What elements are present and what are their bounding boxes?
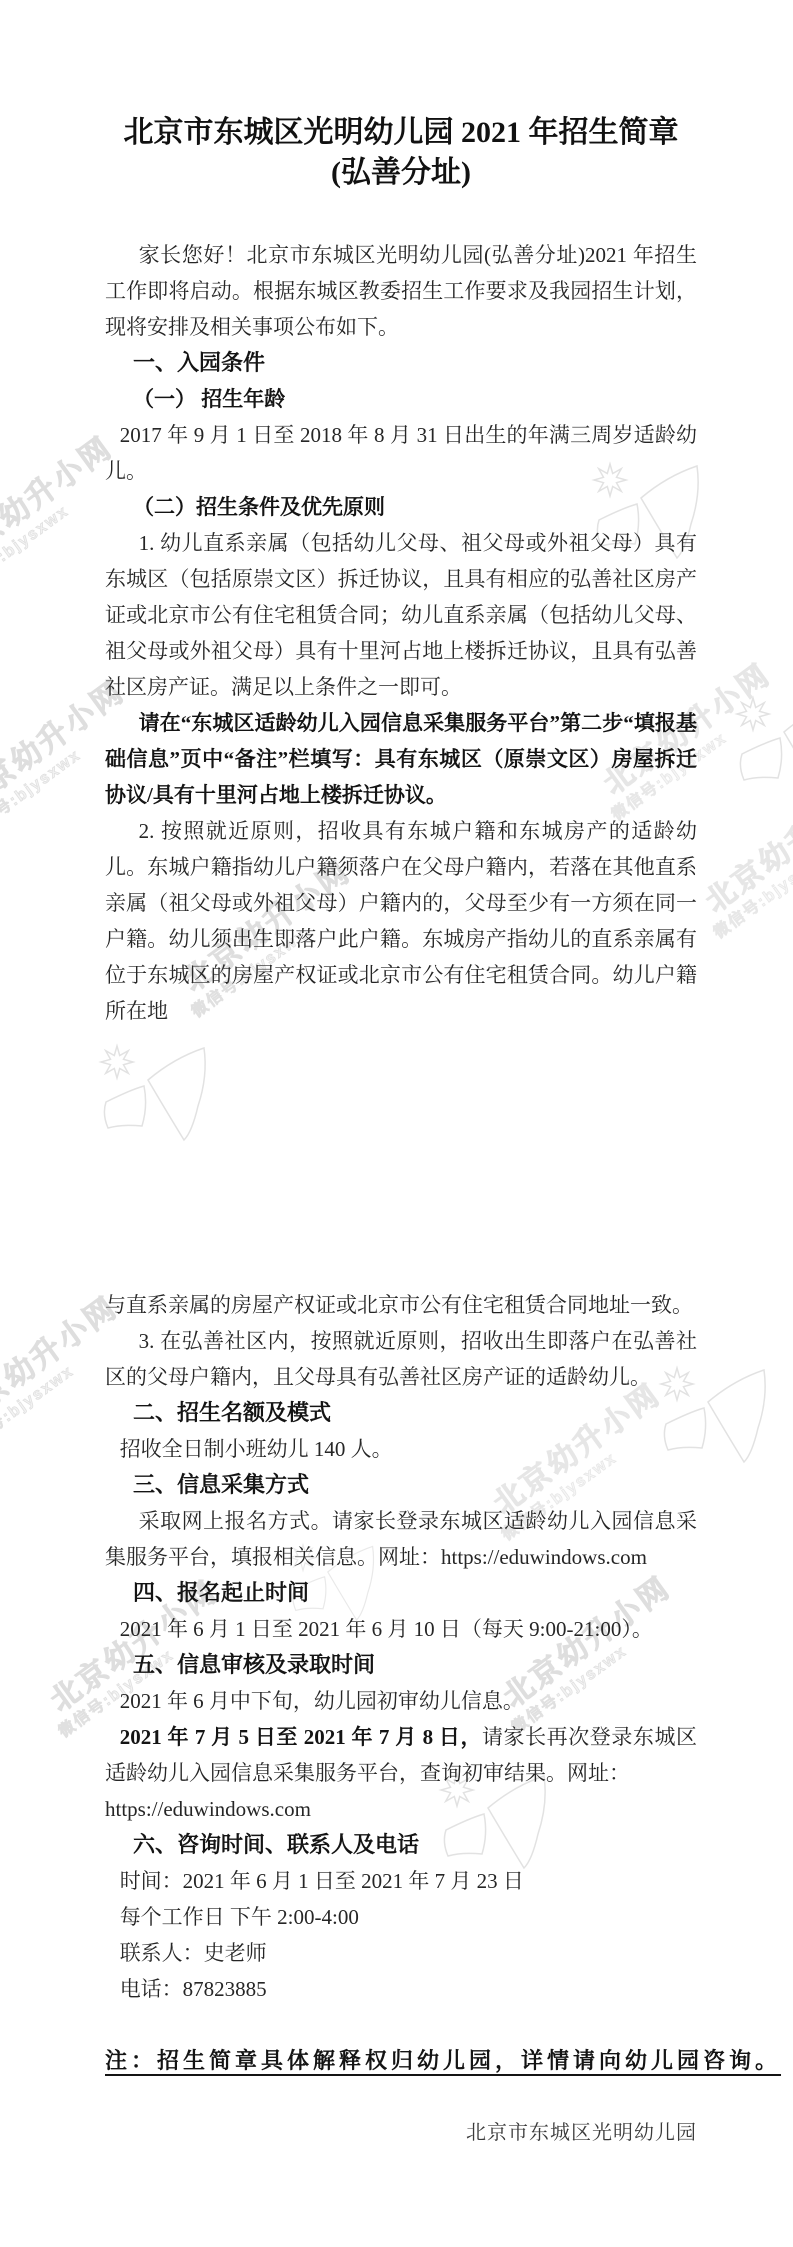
signature-line: 北京市东城区光明幼儿园 [105,2115,697,2151]
paragraph-review-1: 2021 年 6 月中下旬，幼儿园初审幼儿信息。 [105,1683,697,1719]
section-heading-5: 五、信息审核及录取时间 [105,1647,697,1683]
section-heading-1: 一、入园条件 [105,345,697,381]
page-break-spacer [105,1029,697,1287]
url-line: https://eduwindows.com [105,1791,697,1827]
paragraph-consult-hours: 每个工作日 下午 2:00-4:00 [105,1899,697,1935]
page-title: 北京市东城区光明幼儿园 2021 年招生简章 (弘善分址) [105,113,697,193]
paragraph-platform-note: 请在“东城区适龄幼儿入园信息采集服务平台”第二步“填报基础信息”页中“备注”栏填… [105,705,697,813]
paragraph-criteria-2b: 与直系亲属的房屋产权证或北京市公有住宅租赁合同地址一致。 [105,1287,697,1323]
section-heading-3: 三、信息采集方式 [105,1467,697,1503]
page-title-line1: 北京市东城区光明幼儿园 2021 年招生简章 [105,113,697,153]
note-line: 注：招生简章具体解释权归幼儿园，详情请向幼儿园咨询。 [105,2043,777,2079]
paragraph-criteria-1: 1. 幼儿直系亲属（包括幼儿父母、祖父母或外祖父母）具有东城区（包括原崇文区）拆… [105,525,697,705]
page-title-line2: (弘善分址) [105,153,697,193]
paragraph-method: 采取网上报名方式。请家长登录东城区适龄幼儿入园信息采集服务平台，填报相关信息。网… [105,1503,697,1575]
document-content: 北京市东城区光明幼儿园 2021 年招生简章 (弘善分址) 家长您好！北京市东城… [0,0,793,2151]
section-heading-6: 六、咨询时间、联系人及电话 [105,1827,697,1863]
paragraph-deadline: 2021 年 6 月 1 日至 2021 年 6 月 10 日（每天 9:00-… [105,1611,697,1647]
section-heading-4: 四、报名起止时间 [105,1575,697,1611]
document-page: 北京幼升小网 微信号:bjysxwx 北京幼升小网 微信号:bjysxwx 北京… [0,0,793,2247]
section-heading-2: 二、招生名额及模式 [105,1395,697,1431]
paragraph-criteria-2a: 2. 按照就近原则，招收具有东城户籍和东城房产的适龄幼儿。东城户籍指幼儿户籍须落… [105,813,697,1029]
paragraph-age: 2017 年 9 月 1 日至 2018 年 8 月 31 日出生的年满三周岁适… [105,417,697,489]
subsection-heading-age: （一） 招生年龄 [105,381,697,417]
review-2-date-bold: 2021 年 7 月 5 日至 2021 年 7 月 8 日， [120,1725,482,1749]
subsection-heading-criteria: （二）招生条件及优先原则 [105,489,697,525]
paragraph-quota: 招收全日制小班幼儿 140 人。 [105,1431,697,1467]
paragraph-review-2: 2021 年 7 月 5 日至 2021 年 7 月 8 日，请家长再次登录东城… [105,1719,697,1791]
paragraph-phone: 电话：87823885 [105,1971,697,2007]
paragraph-consult-time: 时间：2021 年 6 月 1 日至 2021 年 7 月 23 日 [105,1863,697,1899]
paragraph-criteria-3: 3. 在弘善社区内，按照就近原则，招收出生即落户在弘善社区的父母户籍内，且父母具… [105,1323,697,1395]
paragraph-contact-person: 联系人：史老师 [105,1935,697,1971]
intro-paragraph: 家长您好！北京市东城区光明幼儿园(弘善分址)2021 年招生工作即将启动。根据东… [105,237,697,345]
